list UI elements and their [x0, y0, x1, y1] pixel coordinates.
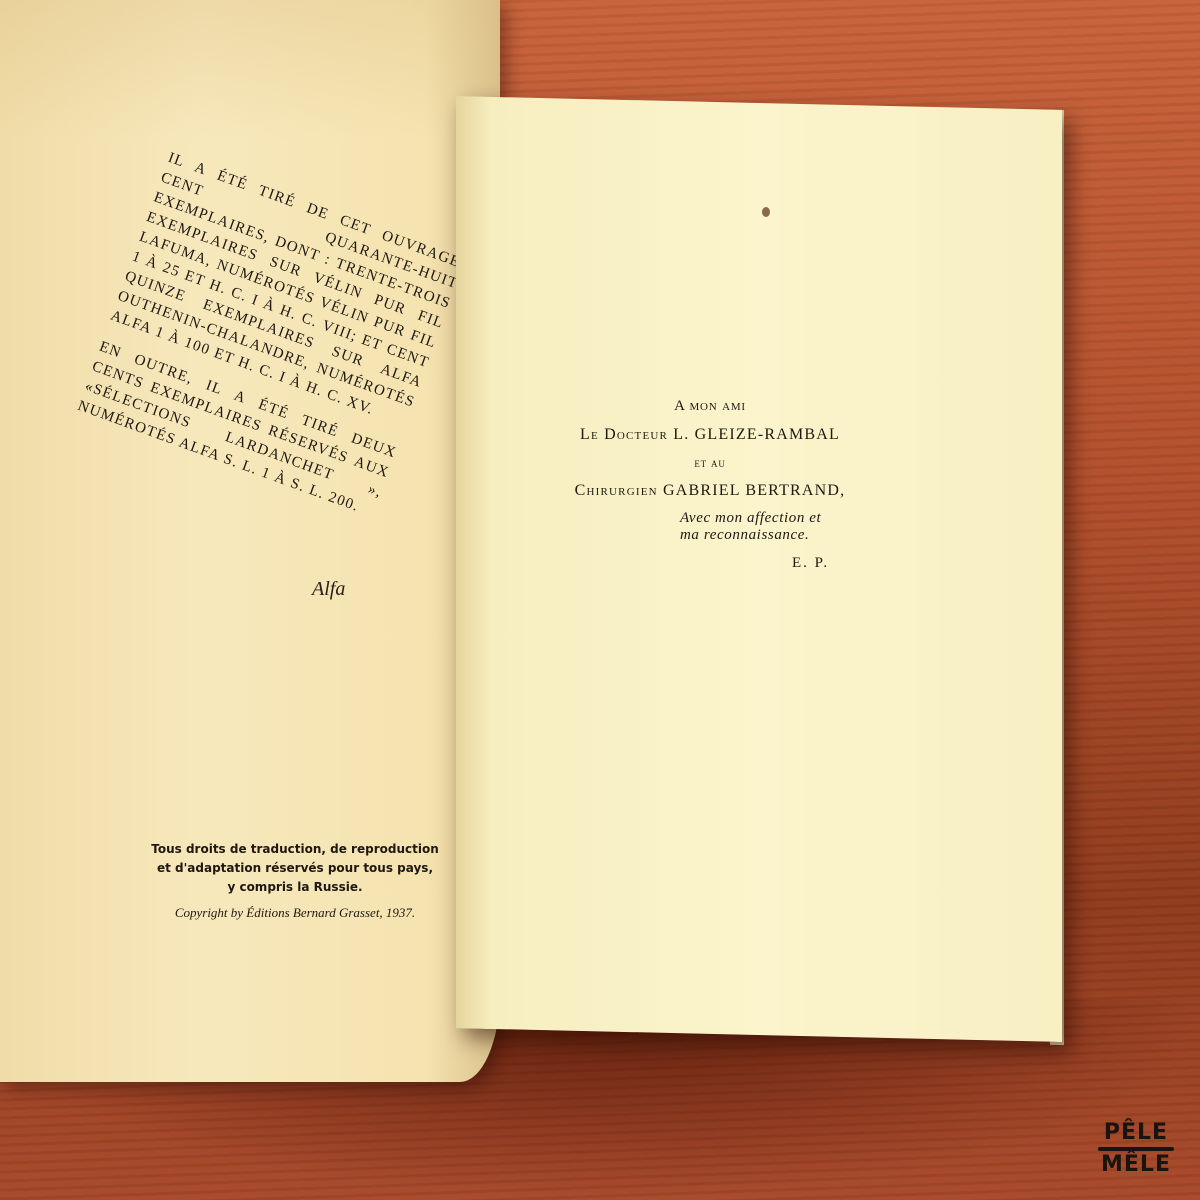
rights-line: Tous droits de traduction, de reproducti… [150, 840, 440, 859]
paper-type-label: Alfa [312, 578, 345, 601]
dedication-line: Le Docteur L. GLEIZE-RAMBAL [520, 426, 900, 444]
rights-line: et d'adaptation réservés pour tous pays, [150, 859, 440, 878]
foxing-spot [762, 207, 770, 217]
dedication-title: Chirurgien [575, 482, 658, 499]
logo-divider [1098, 1147, 1174, 1151]
dedication-line: A mon ami [520, 398, 900, 415]
logo-bottom-word: MÊLE [1096, 1154, 1176, 1176]
rights-notice: Tous droits de traduction, de reproducti… [150, 840, 440, 922]
dedication-line: et au [520, 455, 900, 471]
page-curl-shading [0, 0, 500, 140]
dedication-signature: E. P. [792, 555, 900, 572]
logo-top-word: PÊLE [1096, 1122, 1176, 1144]
dedication-title: Le Docteur [580, 426, 668, 443]
dedication-name: GABRIEL BERTRAND, [663, 482, 845, 499]
dedication-name: L. GLEIZE-RAMBAL [673, 426, 840, 443]
rights-line: y compris la Russie. [150, 878, 440, 897]
dedication-note: ma reconnaissance. [680, 526, 900, 545]
pele-mele-watermark-logo: PÊLE MÊLE [1096, 1122, 1176, 1176]
copyright-line: Copyright by Éditions Bernard Grasset, 1… [150, 903, 440, 922]
dedication: A mon ami Le Docteur L. GLEIZE-RAMBAL et… [520, 398, 900, 572]
dedication-line: Chirurgien GABRIEL BERTRAND, [520, 482, 900, 500]
